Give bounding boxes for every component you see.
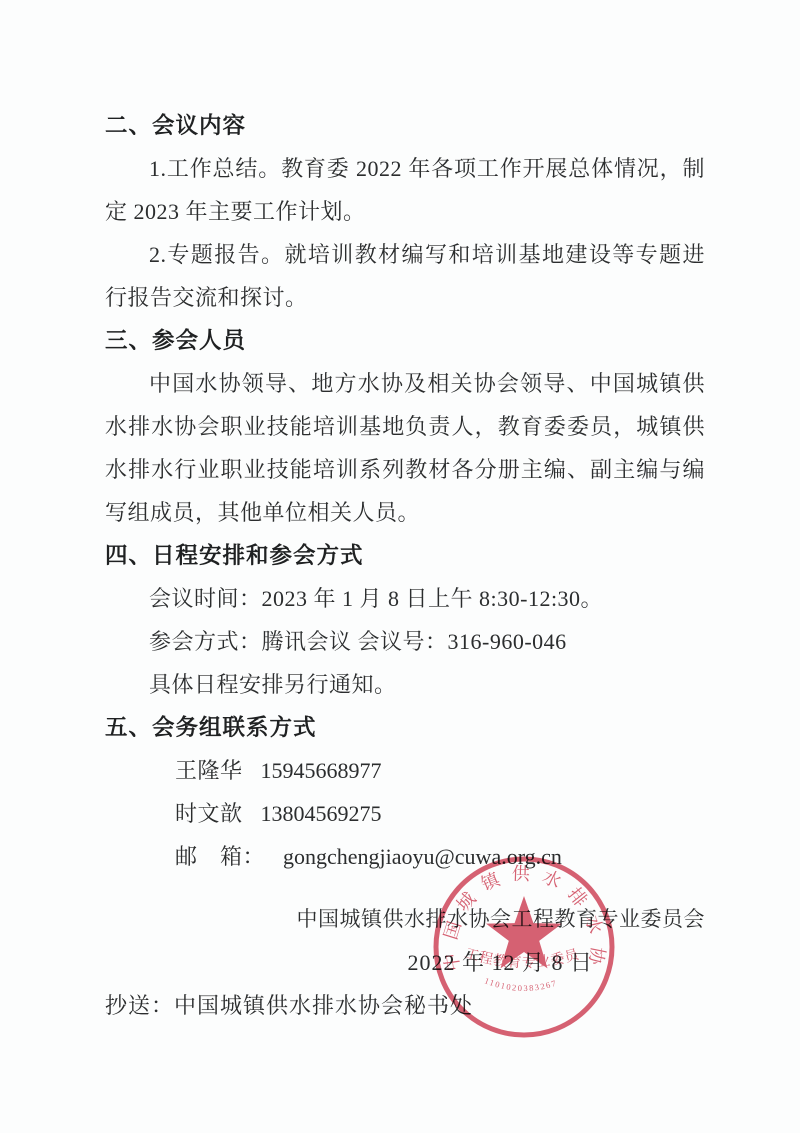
section-heading-meeting-content: 二、会议内容 xyxy=(105,104,705,147)
line-schedule-notice: 具体日程安排另行通知。 xyxy=(105,663,705,706)
section-heading-participants: 三、参会人员 xyxy=(105,319,705,362)
section-heading-contacts: 五、会务组联系方式 xyxy=(105,706,705,749)
email-address: gongchengjiaoyu@cuwa.org.cn xyxy=(283,835,562,878)
contact-phone: 15945668977 xyxy=(261,749,382,792)
contact-phone: 13804569275 xyxy=(261,792,382,835)
email-label: 邮 箱： xyxy=(175,835,265,878)
paragraph-special-report: 2.专题报告。就培训教材编写和培训基地建设等专题进行报告交流和探讨。 xyxy=(105,233,705,319)
signature-organization: 中国城镇供水排水协会工程教育专业委员会 xyxy=(105,898,705,941)
cc-line: 抄送：中国城镇供水排水协会秘书处 xyxy=(105,984,705,1027)
section-heading-schedule: 四、日程安排和参会方式 xyxy=(105,534,705,577)
contact-row: 时文歆 13804569275 xyxy=(105,792,705,835)
contact-email-row: 邮 箱： gongchengjiaoyu@cuwa.org.cn xyxy=(105,835,705,878)
contact-name: 王隆华 xyxy=(175,749,243,792)
line-meeting-time: 会议时间：2023 年 1 月 8 日上午 8:30-12:30。 xyxy=(105,577,705,620)
contact-row: 王隆华 15945668977 xyxy=(105,749,705,792)
signature-block: 中国城镇供水排水协会工程教育专业委员会 2022 年 12 月 8 日 xyxy=(105,898,705,984)
document-page: 二、会议内容 1.工作总结。教育委 2022 年各项工作开展总体情况，制定 20… xyxy=(0,0,800,1133)
paragraph-participants: 中国水协领导、地方水协及相关协会领导、中国城镇供水排水协会职业技能培训基地负责人… xyxy=(105,362,705,534)
line-meeting-method: 参会方式：腾讯会议 会议号：316-960-046 xyxy=(105,620,705,663)
signature-date: 2022 年 12 月 8 日 xyxy=(105,941,705,984)
contact-name: 时文歆 xyxy=(175,792,243,835)
paragraph-work-summary: 1.工作总结。教育委 2022 年各项工作开展总体情况，制定 2023 年主要工… xyxy=(105,147,705,233)
